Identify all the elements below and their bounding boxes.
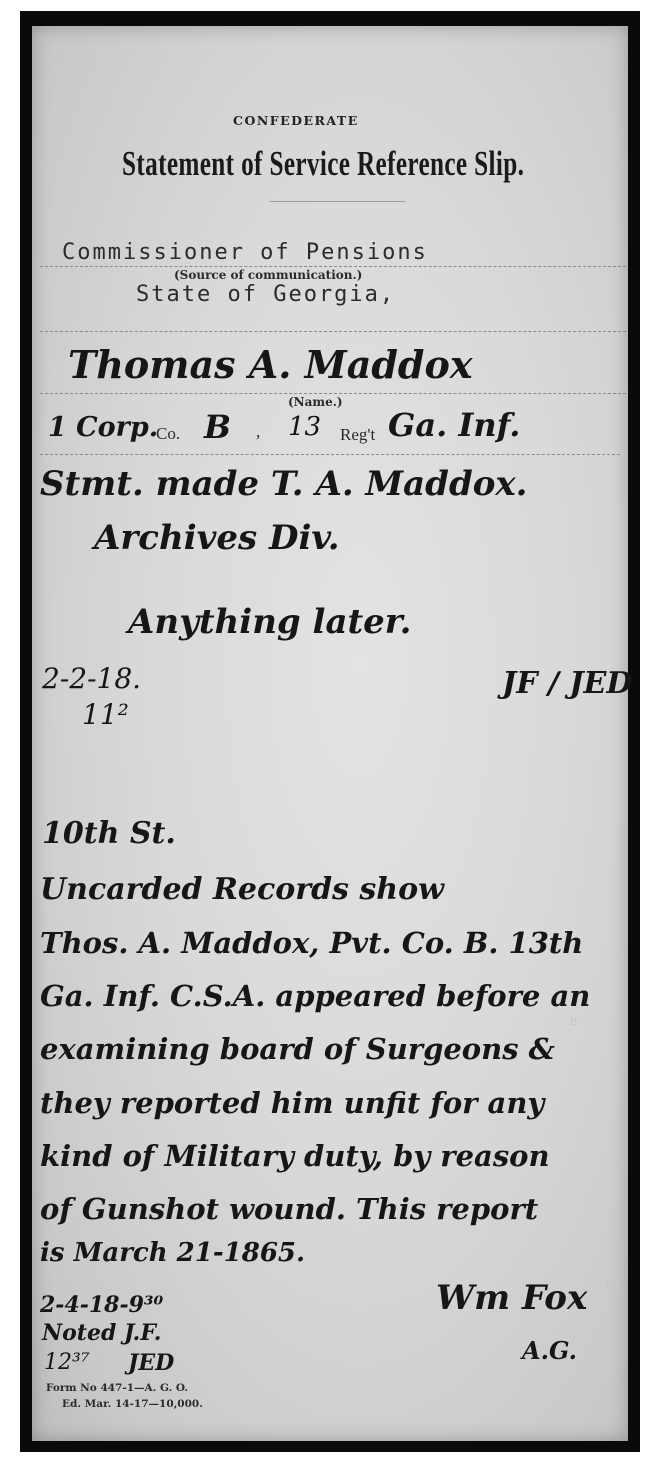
form-edition: Ed. Mar. 14-17—10,000.	[62, 1398, 203, 1410]
document-title: Statement of Service Reference Slip.	[122, 144, 524, 184]
unit-line	[40, 454, 620, 455]
reference-slip: CONFEDERATE Statement of Service Referen…	[32, 26, 628, 1441]
reply-line: is March 21-1865.	[40, 1238, 305, 1268]
reply-line: of Gunshot wound. This report	[40, 1192, 538, 1226]
name-line	[40, 393, 626, 394]
company-value: B	[204, 408, 231, 446]
signature-name: Wm Fox	[436, 1278, 587, 1318]
noted-entry: Noted J.F.	[42, 1320, 161, 1346]
initials-2: JED	[128, 1350, 174, 1376]
header-label: CONFEDERATE	[233, 113, 359, 128]
reply-line: Uncarded Records show	[40, 872, 444, 907]
pencil-mark: B	[606, 1280, 613, 1292]
regiment-number: 13	[288, 412, 321, 442]
rank-value: 1 Corp.	[48, 412, 158, 443]
company-label: Co.	[156, 424, 180, 444]
date-entry-1: 2-2-18.	[42, 662, 141, 695]
name-value: Thomas A. Maddox	[68, 342, 472, 387]
reply-line: Ga. Inf. C.S.A. appeared before an	[40, 979, 590, 1013]
title-rule	[270, 201, 405, 202]
date-entry-2: 2-4-18-9³⁰	[40, 1292, 163, 1318]
name-top-line	[40, 331, 626, 332]
signature-title: A.G.	[522, 1336, 577, 1365]
source-caption: (Source of communication.)	[174, 268, 362, 282]
regiment-value: Ga. Inf.	[388, 406, 520, 444]
note-archives: Archives Div.	[94, 518, 340, 558]
initials-1: JF / JED	[502, 666, 632, 701]
form-number: Form No 447-1—A. G. O.	[46, 1382, 188, 1394]
regiment-label: Reg't	[340, 425, 375, 445]
source-value-line2: State of Georgia,	[136, 282, 395, 307]
note-anything-later: Anything later.	[128, 602, 411, 642]
reply-line: they reported him unfit for any	[40, 1086, 544, 1120]
time-entry-1: 11²	[82, 698, 129, 731]
source-line	[40, 266, 626, 267]
reply-line: examining board of Surgeons &	[40, 1032, 555, 1066]
note-statement: Stmt. made T. A. Maddox.	[40, 464, 528, 504]
reply-heading: 10th St.	[42, 816, 176, 851]
reply-line: kind of Military duty, by reason	[40, 1139, 550, 1173]
company-separator: ,	[256, 422, 260, 442]
time-entry-2: 12³⁷	[44, 1350, 90, 1375]
name-caption: (Name.)	[288, 395, 343, 409]
reply-line: Thos. A. Maddox, Pvt. Co. B. 13th	[40, 926, 583, 960]
source-value: Commissioner of Pensions	[62, 240, 428, 265]
pencil-mark: B	[570, 1016, 577, 1028]
